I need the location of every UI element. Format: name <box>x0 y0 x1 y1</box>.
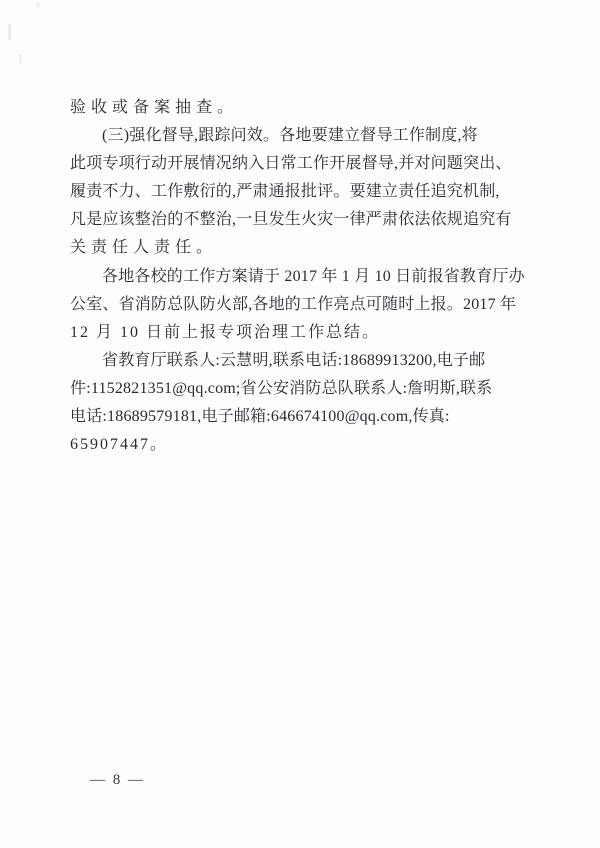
scan-artifact <box>19 54 22 64</box>
text-line: 件:1152821351@qq.com;省公安消防总队联系人:詹明斯,联系 <box>70 375 527 403</box>
text-line: 履责不力、工作敷衍的,严肃通报批评。要建立责任追究机制, <box>70 178 527 206</box>
text-line: 公室、省消防总队防火部,各地的工作亮点可随时上报。2017 年 <box>70 291 527 319</box>
text-line: 电话:18689579181,电子邮箱:646674100@qq.com,传真: <box>70 403 527 431</box>
text-line: 省教育厅联系人:云慧明,联系电话:18689913200,电子邮 <box>70 347 527 375</box>
text-line: (三)强化督导,跟踪问效。各地要建立督导工作制度,将 <box>70 122 527 150</box>
text-line: 凡是应该整治的不整治,一旦发生火灾一律严肃依法依规追究有 <box>70 206 527 234</box>
text-line: 验收或备案抽查。 <box>70 94 527 122</box>
scan-artifact <box>36 2 40 8</box>
text-line: 此项专项行动开展情况纳入日常工作开展督导,并对问题突出、 <box>70 150 527 178</box>
document-body: 验收或备案抽查。(三)强化督导,跟踪问效。各地要建立督导工作制度,将此项专项行动… <box>70 94 527 459</box>
text-line: 65907447。 <box>70 431 527 459</box>
scan-artifact <box>8 24 11 40</box>
text-line: 各地各校的工作方案请于 2017 年 1 月 10 日前报省教育厅办 <box>70 263 527 291</box>
document-page: 验收或备案抽查。(三)强化督导,跟踪问效。各地要建立督导工作制度,将此项专项行动… <box>0 0 600 848</box>
text-line: 关责任人责任。 <box>70 234 527 262</box>
page-number: — 8 — <box>90 770 145 791</box>
text-line: 12 月 10 日前上报专项治理工作总结。 <box>70 319 527 347</box>
